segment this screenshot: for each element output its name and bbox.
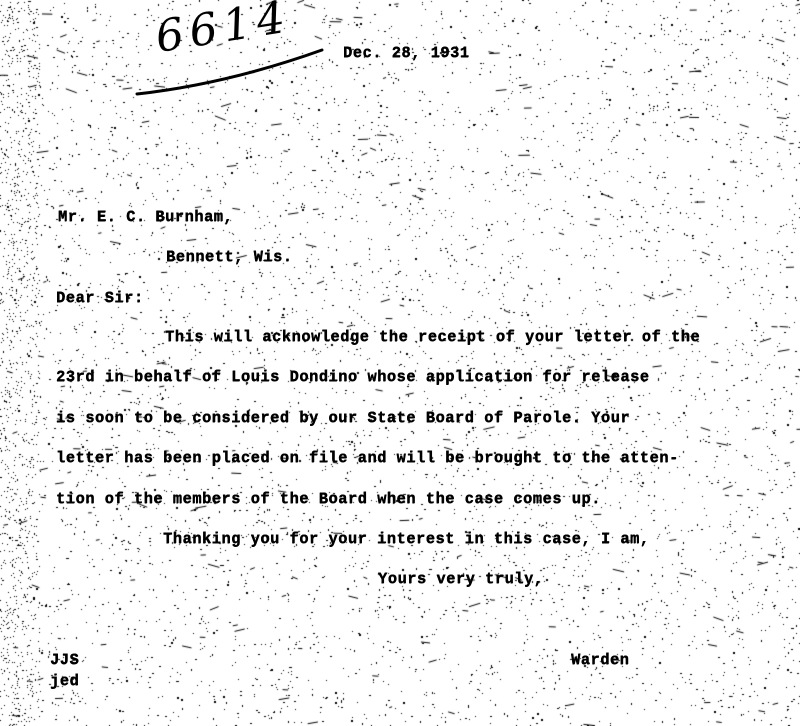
- body-line: is soon to be considered by our State Bo…: [56, 409, 630, 427]
- reference-initials-author: JJS: [50, 651, 79, 669]
- body-line: This will acknowledge the receipt of you…: [165, 328, 700, 346]
- body-line: letter has been placed on file and will …: [56, 449, 679, 467]
- letter-date: Dec. 28, 1931: [343, 44, 470, 62]
- closing-line: Thanking you for your interest in this c…: [163, 530, 649, 548]
- recipient-name: Mr. E. C. Burnham,: [58, 208, 233, 226]
- complimentary-close: Yours very truly,: [378, 570, 543, 588]
- salutation: Dear Sir:: [56, 289, 144, 307]
- body-line: tion of the members of the Board when th…: [56, 490, 601, 508]
- recipient-location: Bennett, Wis.: [166, 248, 293, 266]
- reference-initials-typist: jed: [50, 672, 79, 690]
- handwritten-file-number: 6614: [152, 0, 294, 63]
- letter-page: 6614 Dec. 28, 1931 Mr. E. C. Burnham, Be…: [0, 0, 800, 726]
- signature-title: Warden: [571, 651, 629, 669]
- body-line: 23rd in behalf of Louis Dondino whose ap…: [56, 368, 650, 386]
